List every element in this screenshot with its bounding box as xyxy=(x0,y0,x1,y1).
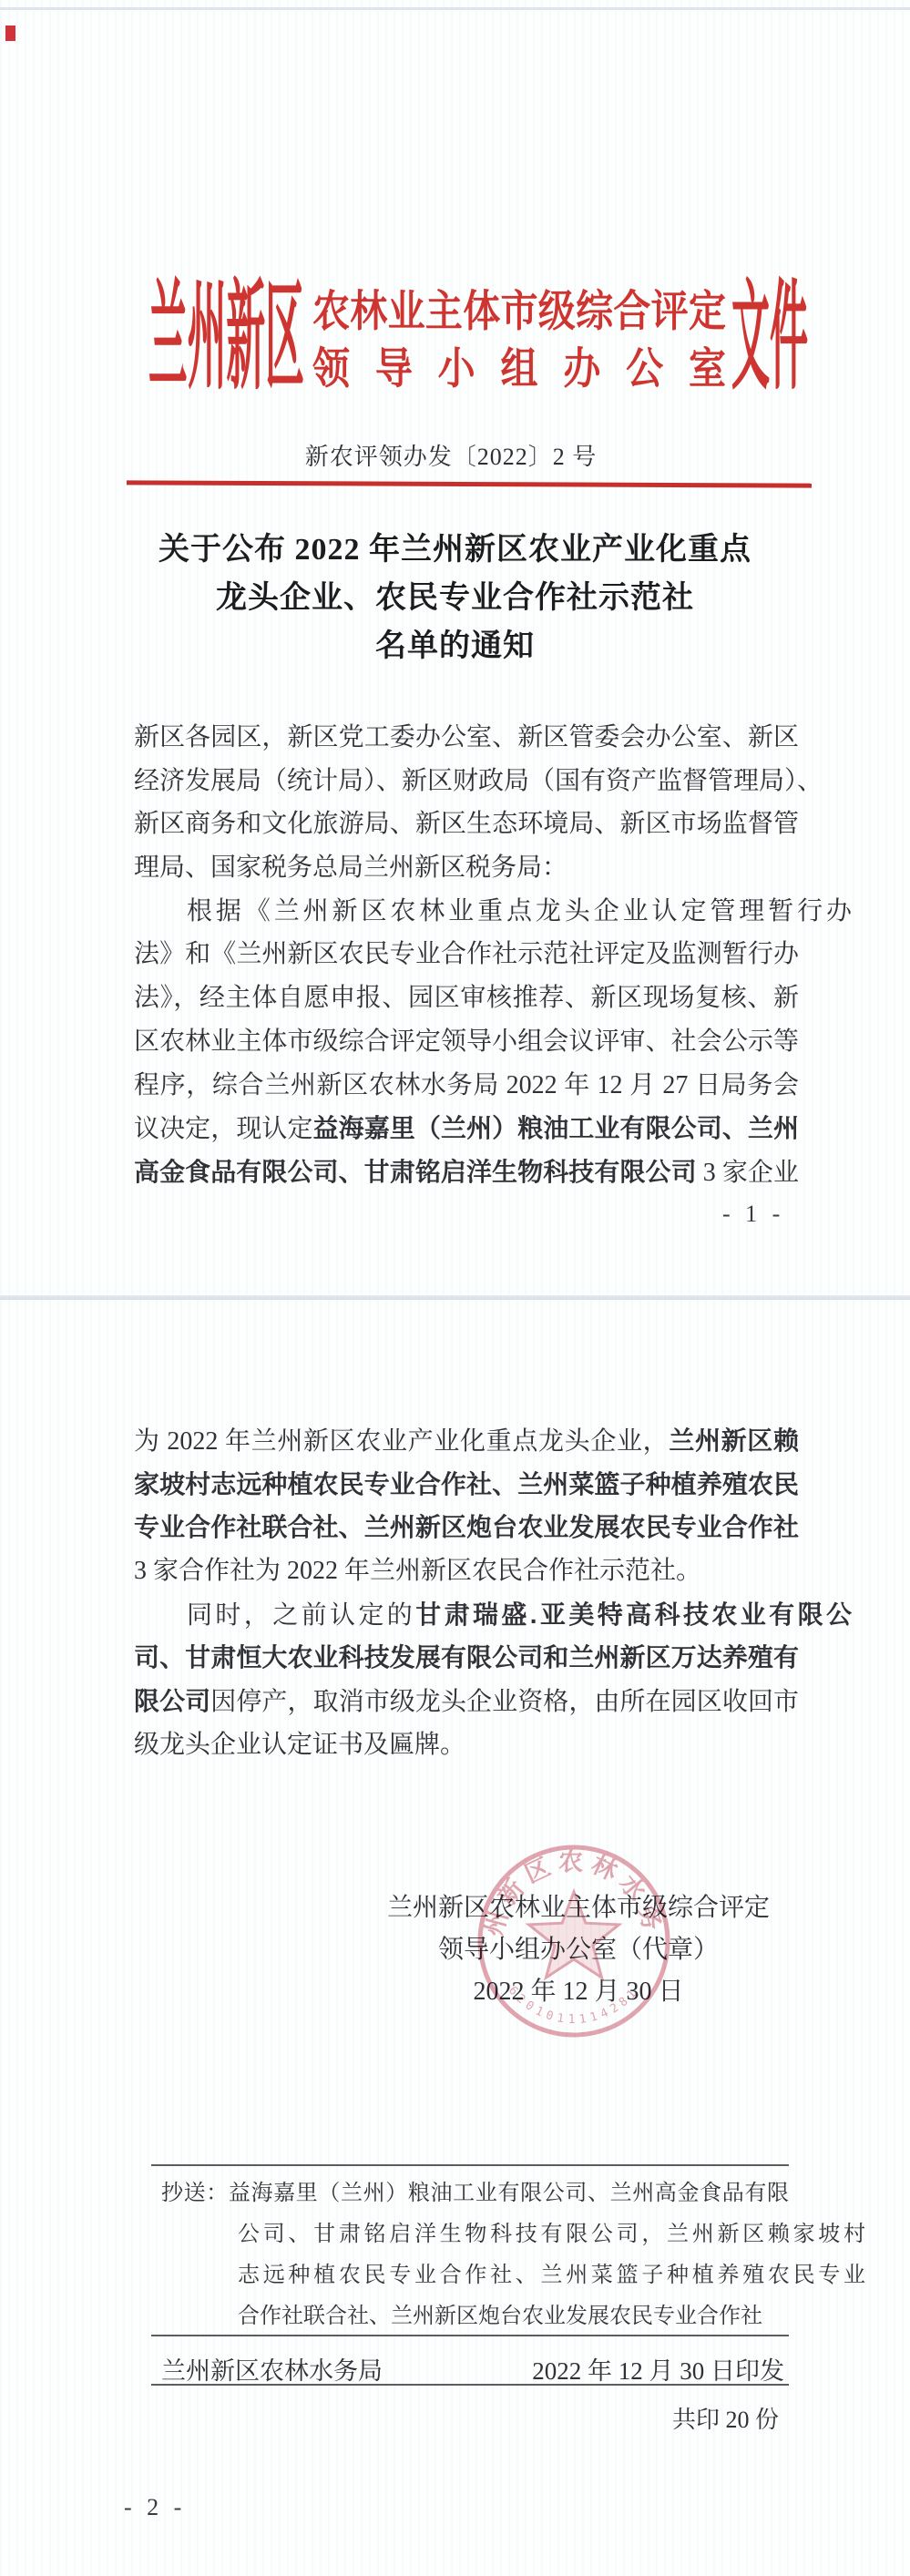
letterhead-org-mid-row1: 农林业主体市级综合评定 xyxy=(312,286,726,338)
page2-number: - 2 - xyxy=(124,2494,186,2521)
body-line: 区农林业主体市级综合评定领导小组会议评审、社会公示等 xyxy=(134,1020,799,1064)
page2-body: 为 2022 年兰州新区农业产业化重点龙头企业，兰州新区赖家坡村志远种植农民专业… xyxy=(134,1419,826,1767)
letterhead-org-mid-row2: 领导小组办公室 xyxy=(312,343,726,395)
body-line: 高金食品有限公司、甘肃铭启洋生物科技有限公司 3 家企业 xyxy=(134,1150,799,1194)
letterhead-red-rule xyxy=(127,480,812,487)
body-line: 新区各园区，新区党工委办公室、新区管委会办公室、新区 xyxy=(134,716,799,760)
body-line: 理局、国家税务总局兰州新区税务局： xyxy=(134,846,799,890)
cc-block: 抄送：益海嘉里（兰州）粮油工业有限公司、兰州高金食品有限公司、甘肃铭启洋生物科技… xyxy=(161,2173,789,2337)
cc-line: 合作社联合社、兰州新区炮台农业发展农民专业合作社 xyxy=(161,2296,865,2337)
scan-red-mark xyxy=(5,26,15,41)
cc-line: 公司、甘肃铭启洋生物科技有限公司，兰州新区赖家坡村 xyxy=(161,2214,865,2255)
body-line: 限公司因停产，取消市级龙头企业资格，由所在园区收回市 xyxy=(134,1680,799,1723)
body-line: 家坡村志远种植农民专业合作社、兰州菜篮子种植养殖农民 xyxy=(134,1463,799,1507)
body-line: 程序，综合兰州新区农林水务局 2022 年 12 月 27 日局务会 xyxy=(134,1064,799,1108)
scan-top-edge xyxy=(0,7,910,10)
body-line: 议决定，现认定益海嘉里（兰州）粮油工业有限公司、兰州 xyxy=(134,1107,799,1150)
page1-body: 新区各园区，新区党工委办公室、新区管委会办公室、新区经济发展局（统计局）、新区财… xyxy=(134,716,826,1194)
issuing-office: 兰州新区农林水务局 xyxy=(161,2351,383,2387)
body-line: 法》，经主体自愿申报、园区审核推荐、新区现场复核、新 xyxy=(134,976,799,1020)
seal-star-icon xyxy=(529,1892,619,1978)
body-line: 3 家合作社为 2022 年兰州新区农民合作社示范社。 xyxy=(134,1549,799,1593)
letterhead-org-left-text: 兰州新区 xyxy=(148,279,205,398)
body-line: 同时，之前认定的甘肃瑞盛.亚美特高科技农业有限公 xyxy=(134,1593,852,1637)
body-line: 经济发展局（统计局）、新区财政局（国有资产监督管理局）、 xyxy=(134,760,799,803)
letterhead-doc-word: 文件 xyxy=(731,279,808,398)
body-line: 级龙头企业认定证书及匾牌。 xyxy=(134,1723,799,1767)
cc-line: 志远种植农民专业合作社、兰州菜篮子种植养殖农民专业 xyxy=(161,2255,865,2296)
body-line: 专业合作社联合社、兰州新区炮台农业发展农民专业合作社 xyxy=(134,1506,799,1549)
body-line: 新区商务和文化旅游局、新区生态环境局、新区市场监督管 xyxy=(134,802,799,846)
title-line-1: 关于公布 2022 年兰州新区农业产业化重点 xyxy=(0,526,910,574)
letterhead-doc-word-text: 文件 xyxy=(731,279,759,398)
letterhead-org-left: 兰州新区 xyxy=(148,279,304,398)
body-line: 司、甘肃恒大农业科技发展有限公司和兰州新区万达养殖有 xyxy=(134,1636,799,1680)
page1-number: - 1 - xyxy=(722,1201,784,1228)
official-seal-icon: 兰州新区农林水务局 6201011114281 xyxy=(475,1842,673,2040)
document-title: 关于公布 2022 年兰州新区农业产业化重点 龙头企业、农民专业合作社示范社 名… xyxy=(0,526,910,670)
footer-divider-top xyxy=(151,2335,789,2336)
body-line: 法》和《兰州新区农民专业合作社示范社评定及监测暂行办 xyxy=(134,933,799,976)
body-line: 根据《兰州新区农林业重点龙头企业认定管理暂行办 xyxy=(134,890,852,934)
footer-divider-bottom xyxy=(151,2384,789,2386)
title-line-3: 名单的通知 xyxy=(0,622,910,670)
scanned-document: 兰州新区 农林业主体市级综合评定 领导小组办公室 文件 新农评领办发〔2022〕… xyxy=(0,0,910,2576)
title-line-2: 龙头企业、农民专业合作社示范社 xyxy=(0,574,910,622)
copies-count: 共印 20 份 xyxy=(672,2401,779,2435)
body-line: 为 2022 年兰州新区农业产业化重点龙头企业，兰州新区赖 xyxy=(134,1419,799,1463)
document-number: 新农评领办发〔2022〕2 号 xyxy=(260,438,642,472)
cc-line: 抄送：益海嘉里（兰州）粮油工业有限公司、兰州高金食品有限 xyxy=(161,2173,789,2214)
page-separator xyxy=(0,1295,910,1300)
cc-divider xyxy=(151,2164,789,2166)
print-date: 2022 年 12 月 30 日印发 xyxy=(532,2351,784,2387)
